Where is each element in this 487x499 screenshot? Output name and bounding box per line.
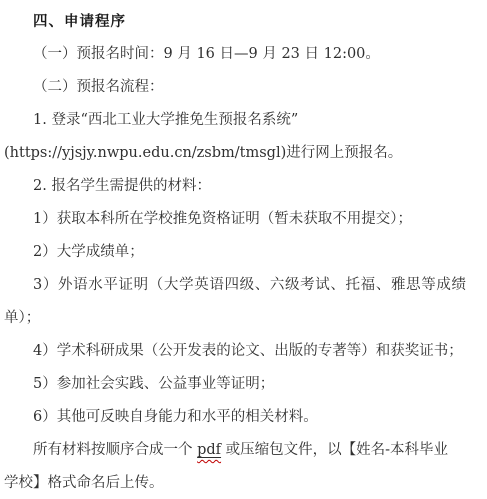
line-upload-note-continuation: 学校】格式命名后上传。 (4, 467, 466, 499)
line-item-4: 4）学术科研成果（公开发表的论文、出版的专著等）和获奖证书； (4, 335, 466, 368)
line-pre-reg-process: （二）预报名流程： (4, 71, 466, 104)
line-upload-note: 所有材料按顺序合成一个 pdf 或压缩包文件，以【姓名-本科毕业 (4, 434, 466, 467)
spellcheck-squiggle: pdf (197, 442, 221, 458)
section-heading: 四、申请程序 (4, 5, 466, 38)
line-pre-reg-time: （一）预报名时间：9 月 16 日—9 月 23 日 12:00。 (4, 38, 466, 71)
document-page: 四、申请程序 （一）预报名时间：9 月 16 日—9 月 23 日 12:00。… (0, 0, 487, 499)
line-materials-heading: 2. 报名学生需提供的材料： (4, 170, 466, 203)
pdf-word: pdf (197, 442, 221, 458)
line-item-6: 6）其他可反映自身能力和水平的相关材料。 (4, 401, 466, 434)
line-item-1: 1）获取本科所在学校推免资格证明（暂未获取不用提交）； (4, 203, 466, 236)
line-login-system: 1. 登录“西北工业大学推免生预报名系统” (4, 104, 466, 137)
line-item-3-continuation: 单）； (4, 302, 466, 335)
line-item-2: 2）大学成绩单； (4, 236, 466, 269)
upload-note-after: 或压缩包文件，以【姓名-本科毕业 (221, 442, 448, 458)
line-item-5: 5）参加社会实践、公益事业等证明； (4, 368, 466, 401)
upload-note-before: 所有材料按顺序合成一个 (33, 442, 197, 458)
line-system-url: (https://yjsjy.nwpu.edu.cn/zsbm/tmsgl)进行… (4, 137, 466, 170)
line-item-3: 3）外语水平证明（大学英语四级、六级考试、托福、雅思等成绩 (4, 269, 466, 302)
